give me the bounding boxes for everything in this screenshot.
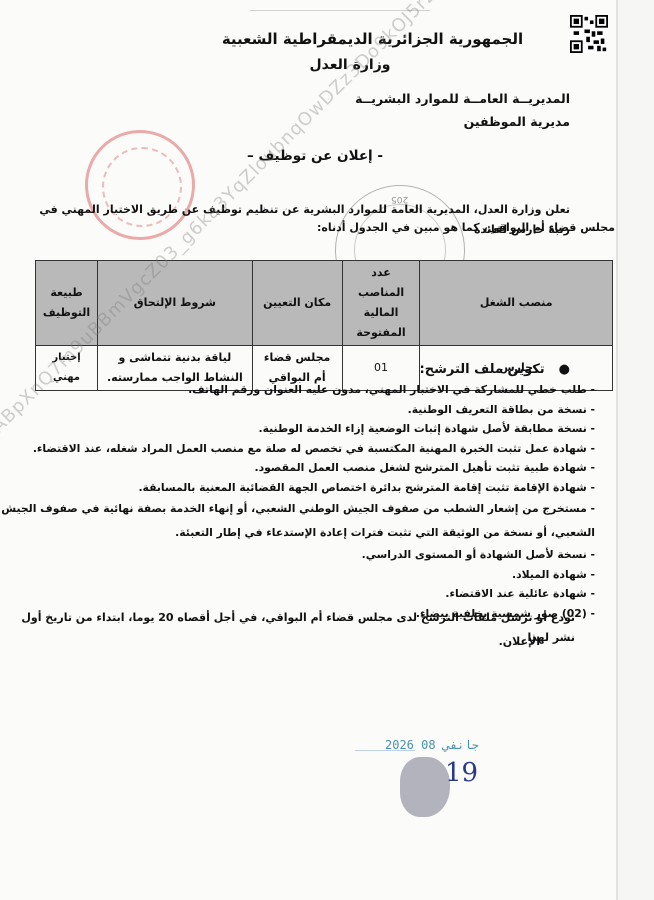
file-section-title: ●تكوين ملف الترشح: (280, 362, 570, 377)
list-item: - مستخرج من إشعار الشطب من صفوف الجيش ال… (20, 497, 595, 521)
file-requirements-list: - طلب خطي للمشاركة في الاختبار المهني، م… (20, 380, 595, 623)
bullet-icon: ● (559, 362, 570, 377)
header-location: مكان التعيين (252, 261, 342, 346)
list-item: الشعبي، أو نسخة من الوثيقة التي تثبت فتر… (20, 521, 595, 545)
document-page: الجمهورية الجزائرية الديمقراطية الشعبية … (0, 0, 618, 900)
file-title-text: تكوين ملف الترشح: (420, 362, 545, 377)
qr-code-icon (570, 15, 608, 53)
list-item: - شهادة الإقامة تثبت إقامة المترشح بدائر… (20, 478, 595, 498)
handwritten-number: 19 (445, 758, 478, 788)
intro-line-2: مجلس قضاء أم البواقي، كما هو مبين في الج… (20, 218, 615, 238)
list-item: - شهادة الميلاد. (20, 565, 595, 585)
header-open-posts: عدد المناصب المالية المفتوحة (342, 261, 420, 346)
header-position: منصب الشغل (420, 261, 613, 346)
list-item: - شهادة عمل تثبت الخبرة المهنية المكتسبة… (20, 439, 595, 459)
list-item: - نسخة لأصل الشهادة أو المستوى الدراسي. (20, 545, 595, 565)
list-item: - شهادة طبية تثبت تأهيل المترشح لشغل منص… (20, 458, 595, 478)
closing-line-2: الإعلان. (20, 632, 540, 652)
list-item: - نسخة مطابقة لأصل شهادة إثبات الوضعية إ… (20, 419, 595, 439)
announcement-title: - إعلان عن توظيف – (180, 148, 450, 164)
ink-smudge (400, 757, 450, 817)
date-stamp: 2026 جانفي 08 (385, 738, 479, 752)
directorate: مديرية الموظفين (300, 114, 570, 129)
list-item: - نسخة من بطاقة التعريف الوطنية. (20, 400, 595, 420)
list-item: - طلب خطي للمشاركة في الاختبار المهني، م… (20, 380, 595, 400)
list-item: - شهادة عائلية عند الاقتضاء. (20, 584, 595, 604)
